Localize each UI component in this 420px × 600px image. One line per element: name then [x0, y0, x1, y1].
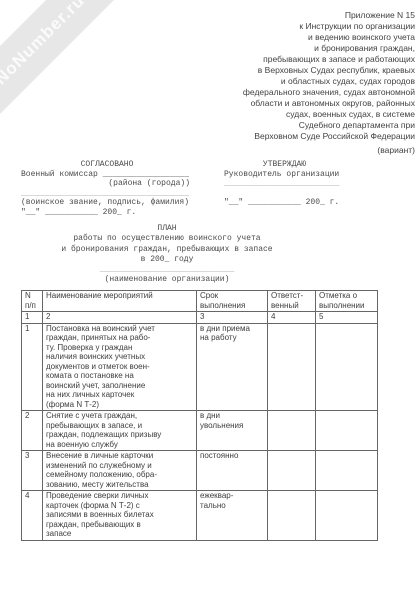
agreed-commissar-line: Военный комиссар __________________ — [21, 170, 193, 180]
column-header-term: Срок выполнения — [197, 291, 268, 312]
appendix-header-line: пребывающих в запасе и работающих — [243, 54, 415, 65]
column-header-responsible: Ответст- венный — [268, 291, 316, 312]
column-number: 5 — [316, 312, 378, 324]
row-mark — [316, 491, 378, 541]
row-responsible — [268, 451, 316, 491]
table-header-row: N п/п Наименование мероприятий Срок выпо… — [22, 291, 378, 312]
plan-subtitle-line: в 200_ году — [21, 255, 313, 265]
variant-note: (вариант) — [243, 145, 415, 156]
appendix-header-line: области и автономных округов, районных — [243, 98, 415, 109]
row-term: в дни приема на работу — [197, 323, 268, 411]
row-responsible — [268, 411, 316, 451]
row-num: 2 — [22, 411, 43, 451]
row-num: 4 — [22, 491, 43, 541]
column-header-mark: Отметка о выполнении — [316, 291, 378, 312]
table-row: 3 Внесение в личные карточки изменений п… — [22, 451, 378, 491]
appendix-header-line: Судебного департамента при — [243, 120, 415, 131]
agreed-date-line: "__" ___________ 200_ г. — [21, 208, 193, 218]
approved-block: УТВЕРЖДАЮ Руководитель организации _____… — [224, 160, 345, 208]
appendix-header-line: к Инструкции по организации — [243, 21, 415, 32]
plan-title: ПЛАН — [21, 224, 313, 234]
plan-title-block: ПЛАН работы по осуществлению воинского у… — [21, 224, 313, 286]
agreed-block: СОГЛАСОВАНО Военный комиссар ___________… — [21, 160, 193, 218]
row-activity: Проведение сверки личных карточек (форма… — [43, 491, 197, 541]
approved-head-line: Руководитель организации — [224, 170, 345, 180]
column-number: 3 — [197, 312, 268, 324]
row-term: постоянно — [197, 451, 268, 491]
appendix-header: Приложение N 15 к Инструкции по организа… — [243, 10, 415, 156]
column-header-num: N п/п — [22, 291, 43, 312]
column-number: 1 — [22, 312, 43, 324]
row-responsible — [268, 491, 316, 541]
table-row: 1 Постановка на воинский учет граждан, п… — [22, 323, 378, 411]
plan-subtitle-line: и бронирования граждан, пребывающих в за… — [21, 245, 313, 255]
appendix-header-line: судах, военных судах, в системе — [243, 109, 415, 120]
agreed-caption-signature: (воинское звание, подпись, фамилия) — [21, 198, 193, 208]
column-number-row: 1 2 3 4 5 — [22, 312, 378, 324]
row-term: ежеквар- тально — [197, 491, 268, 541]
approved-spacer — [224, 189, 345, 199]
organization-name-line: ____________________________ — [21, 265, 313, 275]
approved-signature-line: ________________________ — [224, 179, 345, 189]
row-term: в дни увольнения — [197, 411, 268, 451]
appendix-header-line: и ведению воинского учета — [243, 32, 415, 43]
appendix-header-line: в Верховных Судах республик, краевых — [243, 65, 415, 76]
watermark-ribbon: NoNumber.ru — [0, 0, 135, 135]
plan-table: N п/п Наименование мероприятий Срок выпо… — [21, 290, 378, 541]
appendix-header-line: и областных судах, судах городов — [243, 76, 415, 87]
row-activity: Постановка на воинский учет граждан, при… — [43, 323, 197, 411]
agreed-title: СОГЛАСОВАНО — [21, 160, 193, 170]
agreed-signature-line: ___________________________________ — [21, 189, 193, 199]
row-activity: Снятие с учета граждан, пребывающих в за… — [43, 411, 197, 451]
appendix-header-line: Верховном Суде Российской Федерации — [243, 131, 415, 142]
organization-name-caption: (наименование организации) — [21, 275, 313, 285]
column-header-name: Наименование мероприятий — [43, 291, 197, 312]
document-page: NoNumber.ru Приложение N 15 к Инструкции… — [0, 0, 420, 600]
approved-title: УТВЕРЖДАЮ — [224, 160, 345, 170]
agreed-caption-district: (района (города)) — [21, 179, 193, 189]
appendix-header-line: Приложение N 15 — [243, 10, 415, 21]
table-row: 4 Проведение сверки личных карточек (фор… — [22, 491, 378, 541]
row-activity: Внесение в личные карточки изменений по … — [43, 451, 197, 491]
column-number: 2 — [43, 312, 197, 324]
appendix-header-line: федерального значения, судах автономной — [243, 87, 415, 98]
row-num: 3 — [22, 451, 43, 491]
row-mark — [316, 411, 378, 451]
row-mark — [316, 451, 378, 491]
table-row: 2 Снятие с учета граждан, пребывающих в … — [22, 411, 378, 451]
approved-date-line: "__" ___________ 200_ г. — [224, 198, 345, 208]
row-mark — [316, 323, 378, 411]
row-num: 1 — [22, 323, 43, 411]
plan-subtitle-line: работы по осуществлению воинского учета — [21, 234, 313, 244]
column-number: 4 — [268, 312, 316, 324]
row-responsible — [268, 323, 316, 411]
appendix-header-line: и бронирования граждан, — [243, 43, 415, 54]
watermark-text: NoNumber.ru — [0, 0, 89, 89]
